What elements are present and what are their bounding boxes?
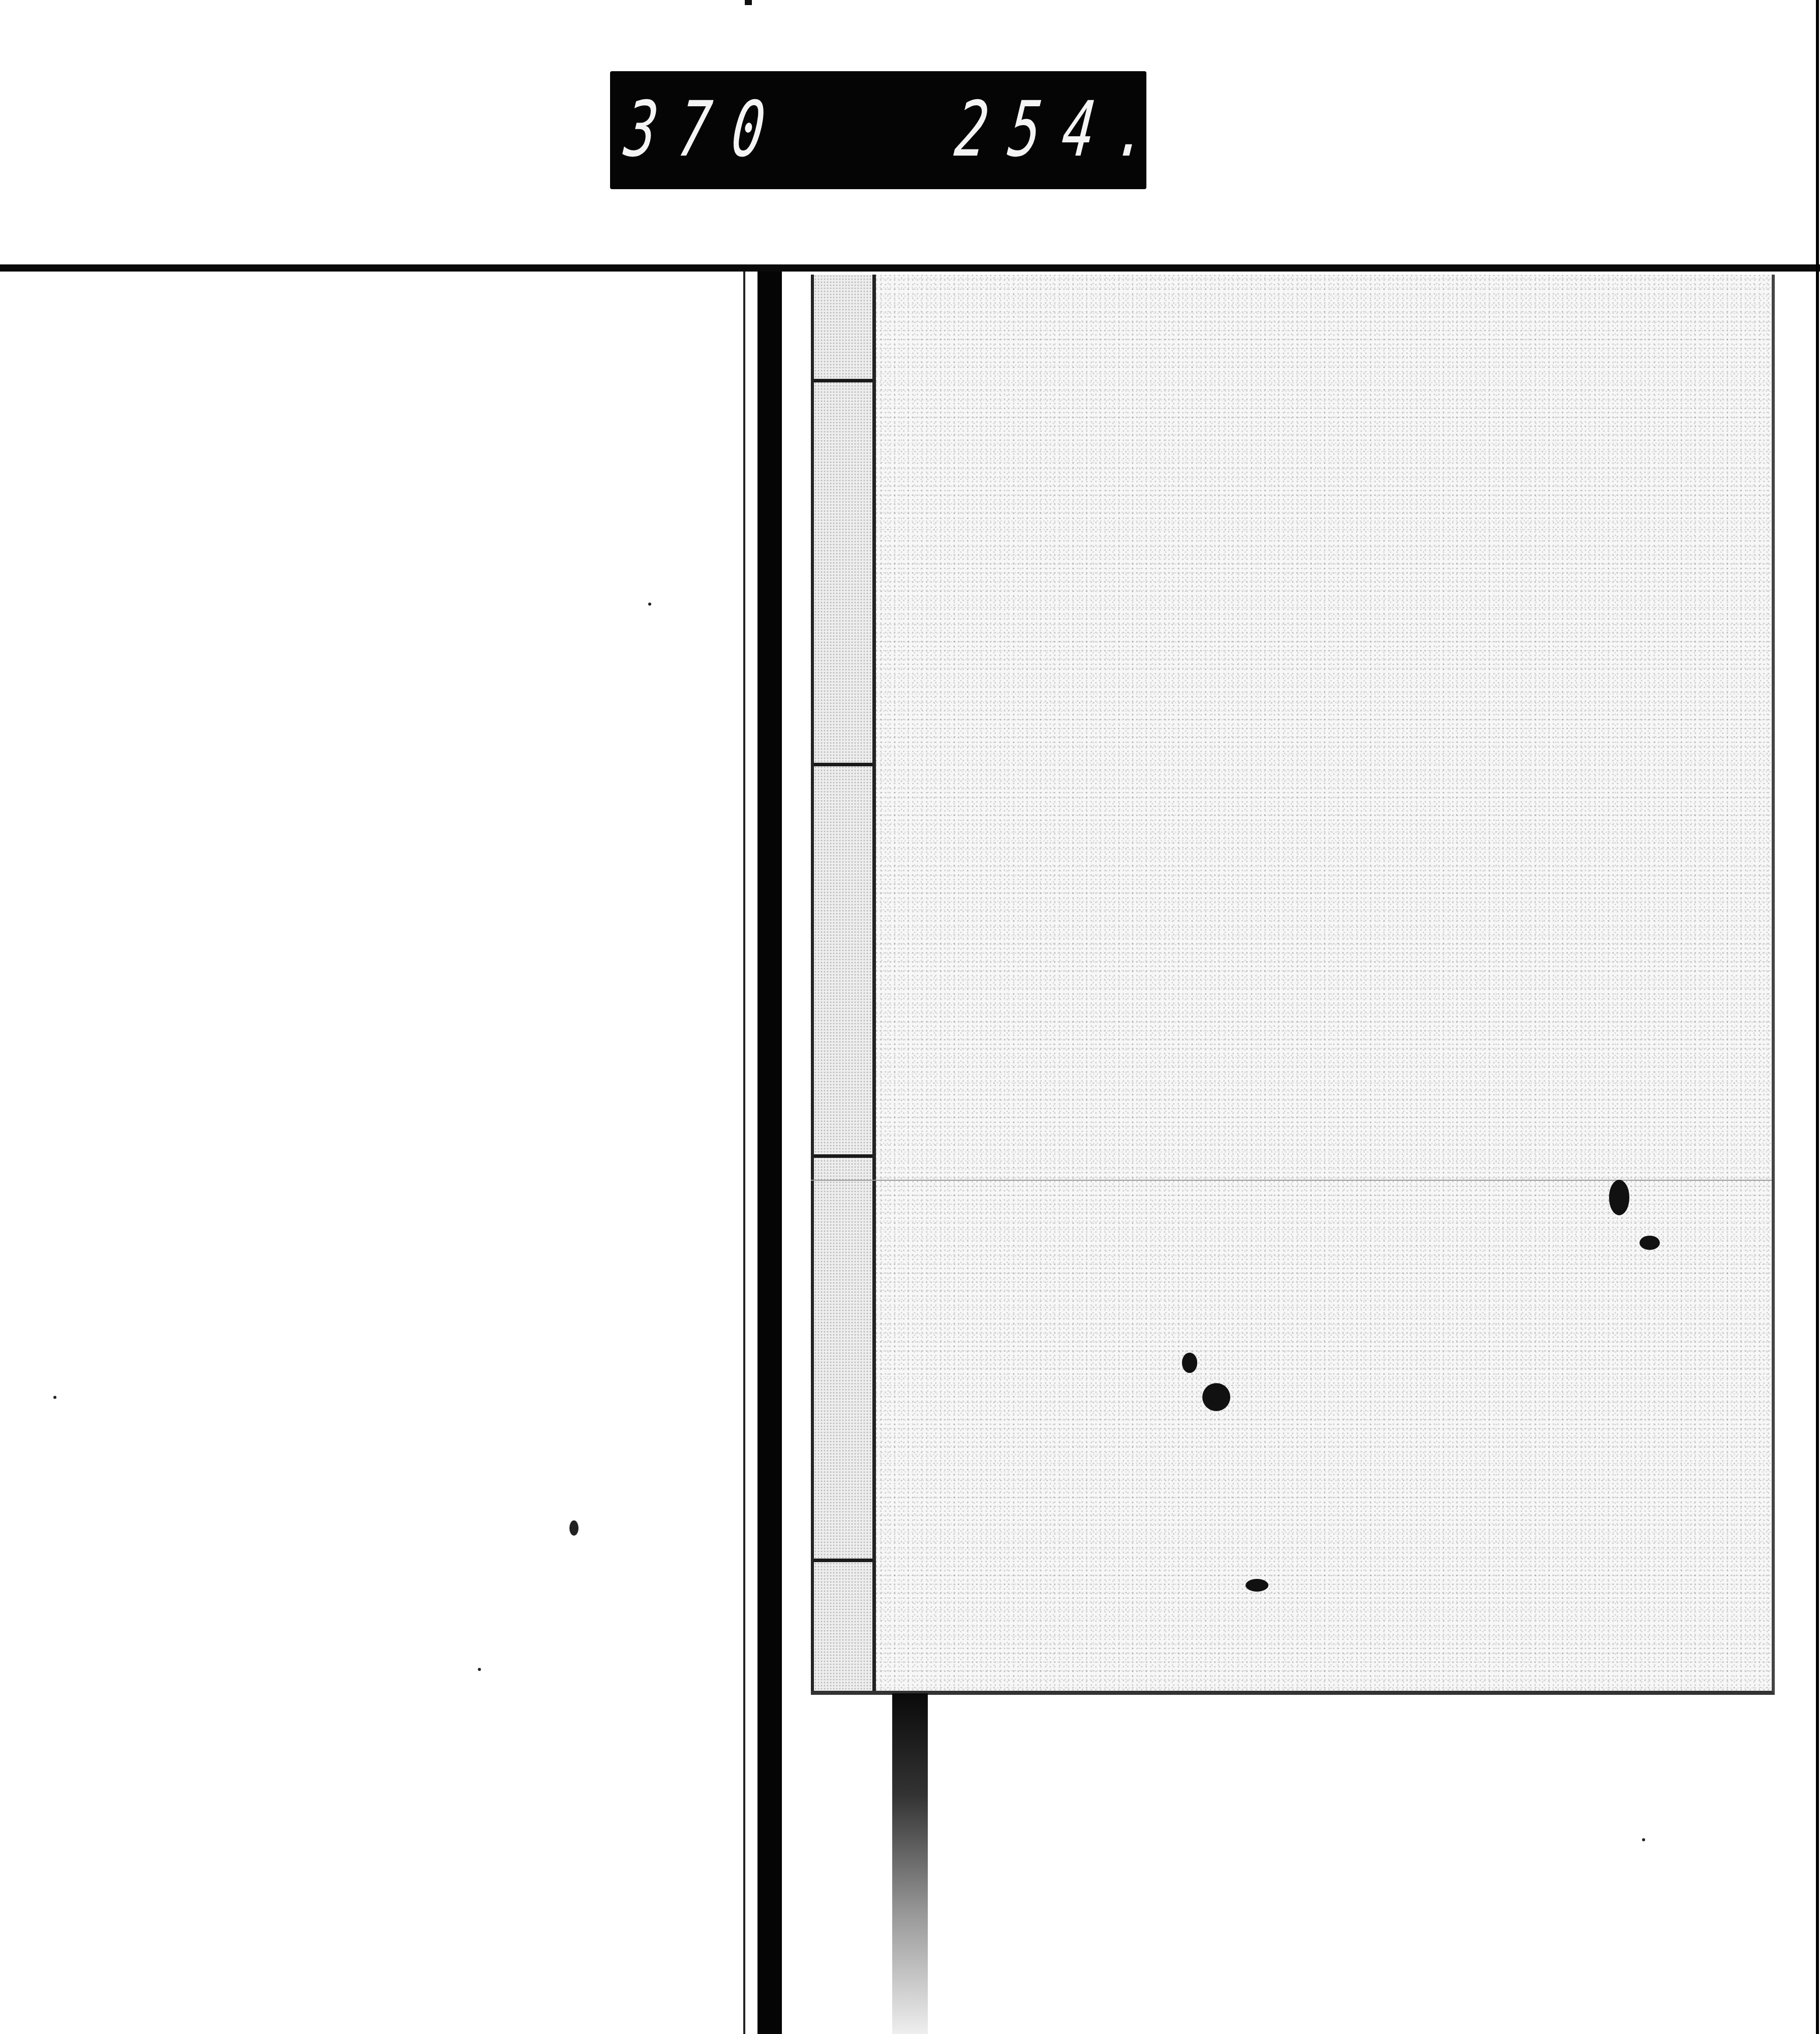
bookmark-ribbon — [892, 1693, 928, 2034]
reel-number: 370 — [622, 97, 789, 163]
book-spine — [811, 275, 876, 1691]
spine-stitch — [814, 1154, 872, 1158]
frame-right-border — [1816, 0, 1819, 2034]
ink-stain — [1640, 1236, 1660, 1250]
scan-speck — [478, 1668, 481, 1671]
page-gutter-shadow — [757, 272, 782, 2034]
frame-number: 254. — [952, 97, 1173, 163]
frame-top-rule — [0, 264, 1820, 272]
scan-speck — [1642, 1838, 1645, 1841]
spine-stitch — [814, 1559, 872, 1562]
scan-edge-mark — [745, 0, 752, 5]
ink-stain — [1246, 1579, 1268, 1592]
book-cover — [811, 275, 1775, 1695]
ink-stain — [1182, 1353, 1197, 1373]
page-gutter-line — [743, 272, 745, 2034]
ink-stain — [1609, 1180, 1629, 1215]
spine-stitch — [814, 379, 872, 382]
counter-right-value: 254. — [956, 97, 1261, 163]
spine-stitch — [814, 763, 872, 766]
frame-counter-label: 370 254. — [610, 71, 1146, 189]
scan-speck — [569, 1520, 579, 1536]
scan-speck — [648, 603, 651, 606]
scan-fold-line — [811, 1180, 1772, 1181]
counter-left-value: 370 — [625, 97, 855, 163]
scan-speck — [53, 1396, 56, 1399]
ink-stain — [1202, 1383, 1230, 1411]
